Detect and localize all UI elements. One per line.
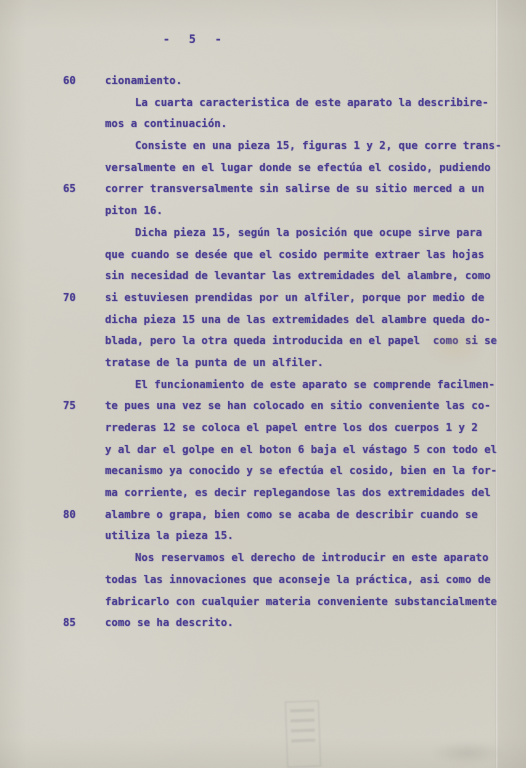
paper-smudge <box>432 742 502 764</box>
text-line: tratase de la punta de un alfiler. <box>0 354 526 376</box>
line-text: si estuviesen prendidas por un alfiler, … <box>105 292 484 304</box>
text-line: versalmente en el lugar donde se efectúa… <box>0 159 526 181</box>
text-line: 70 si estuviesen prendidas por un alfile… <box>0 289 526 311</box>
line-text: mos a continuación. <box>105 118 227 130</box>
line-text: Nos reservamos el derecho de introducir … <box>135 552 489 564</box>
text-line: que cuando se desée que el cosido permit… <box>0 246 526 268</box>
line-text: sin necesidad de levantar las extremidad… <box>105 270 491 282</box>
line-text: correr transversalmente sin salirse de s… <box>105 183 484 195</box>
line-text: fabricarlo con cualquier materia conveni… <box>105 596 497 608</box>
page-number: - 5 - <box>163 32 228 46</box>
text-line: blada, pero la otra queda introducida en… <box>0 332 526 354</box>
line-text: todas las innovaciones que aconseje la p… <box>105 574 491 586</box>
line-number: 80 <box>63 509 76 521</box>
text-line: mecanismo ya conocido y se efectúa el co… <box>0 462 526 484</box>
line-text: te pues una vez se han colocado en sitio… <box>105 400 491 412</box>
line-number: 60 <box>63 75 76 87</box>
text-line: y al dar el golpe en el boton 6 baja el … <box>0 441 526 463</box>
line-text: tratase de la punta de un alfiler. <box>105 357 324 369</box>
text-line: 60 cionamiento. <box>0 72 526 94</box>
text-line: fabricarlo con cualquier materia conveni… <box>0 593 526 615</box>
line-text: La cuarta caracteristica de este aparato… <box>135 97 489 109</box>
text-line: dicha pieza 15 una de las extremidades d… <box>0 311 526 333</box>
text-line: rrederas 12 se coloca el papel entre los… <box>0 419 526 441</box>
line-number: 85 <box>63 617 76 629</box>
faint-stamp <box>285 700 321 767</box>
text-line: El funcionamiento de este aparato se com… <box>0 376 526 398</box>
line-text: blada, pero la otra queda introducida en… <box>105 335 497 347</box>
line-text: ma corriente, es decir replegandose las … <box>105 487 491 499</box>
line-text: El funcionamiento de este aparato se com… <box>135 379 495 391</box>
line-text: y al dar el golpe en el boton 6 baja el … <box>105 444 497 456</box>
line-text: como se ha descrito. <box>105 617 234 629</box>
text-line: ma corriente, es decir replegandose las … <box>0 484 526 506</box>
text-line: 85 como se ha descrito. <box>0 614 526 636</box>
line-text: versalmente en el lugar donde se efectúa… <box>105 162 491 174</box>
line-number: 75 <box>63 400 76 412</box>
text-lines: 60 cionamiento. La cuarta caracteristica… <box>0 72 526 636</box>
text-line: mos a continuación. <box>0 115 526 137</box>
line-text: alambre o grapa, bien como se acaba de d… <box>105 509 478 521</box>
text-line: Nos reservamos el derecho de introducir … <box>0 549 526 571</box>
line-text: piton 16. <box>105 205 163 217</box>
line-number: 70 <box>63 292 76 304</box>
line-text: dicha pieza 15 una de las extremidades d… <box>105 314 491 326</box>
text-line: La cuarta caracteristica de este aparato… <box>0 94 526 116</box>
line-text: Consiste en una pieza 15, figuras 1 y 2,… <box>135 140 501 152</box>
text-line: 80 alambre o grapa, bien como se acaba d… <box>0 506 526 528</box>
line-text: Dicha pieza 15, según la posición que oc… <box>135 227 482 239</box>
line-number: 65 <box>63 183 76 195</box>
line-text: cionamiento. <box>105 75 182 87</box>
text-line: todas las innovaciones que aconseje la p… <box>0 571 526 593</box>
text-line: sin necesidad de levantar las extremidad… <box>0 267 526 289</box>
document-page: - 5 - 60 cionamiento. La cuarta caracter… <box>0 0 526 768</box>
text-line: 65 correr transversalmente sin salirse d… <box>0 180 526 202</box>
text-line: 75 te pues una vez se han colocado en si… <box>0 397 526 419</box>
text-line: Consiste en una pieza 15, figuras 1 y 2,… <box>0 137 526 159</box>
line-text: rrederas 12 se coloca el papel entre los… <box>105 422 478 434</box>
line-text: utiliza la pieza 15. <box>105 530 234 542</box>
text-line: Dicha pieza 15, según la posición que oc… <box>0 224 526 246</box>
line-text: mecanismo ya conocido y se efectúa el co… <box>105 465 497 477</box>
line-text: que cuando se desée que el cosido permit… <box>105 249 484 261</box>
text-line: utiliza la pieza 15. <box>0 527 526 549</box>
text-line: piton 16. <box>0 202 526 224</box>
